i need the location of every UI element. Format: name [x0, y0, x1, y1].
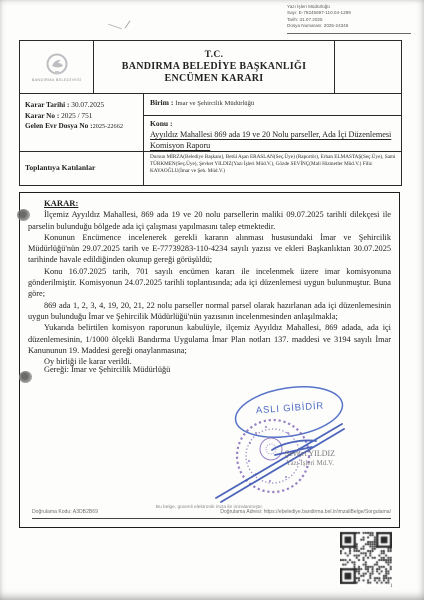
decision-body-box: KARAR: İlçemiz Ayyıldız Mahallesi, 869 a…	[19, 192, 400, 528]
scan-pencil-mark	[125, 21, 131, 29]
geregi-line: Gereği: İmar ve Şehircilik Müdürlüğü	[44, 365, 170, 374]
qr-code	[340, 531, 392, 586]
birim-cell: Birim : İmar ve Şehircilik Müdürlüğü	[144, 94, 401, 116]
verification-row: Doğrulama Kodu: A3DB2B69 Doğrulama Adres…	[32, 509, 391, 519]
decision-meta: Karar Tarihi : 30.07.2025 Karar No : 202…	[20, 94, 144, 151]
decision-paragraph: Konu 16.07.2025 tarih, 701 sayılı encüme…	[28, 266, 391, 300]
gelen-evrak-line: Gelen Evr Dosya No :2025-22662	[25, 121, 143, 133]
logo-caption: BANDIRMA BELEDİYESİ	[32, 78, 82, 83]
scanned-document-page: Yazı İşleri Müdürlüğü Sayı: E-78245697-1…	[0, 0, 424, 600]
decision-paragraph: 869 ada 1, 2, 3, 4, 19, 20, 21, 22 nolu …	[28, 300, 391, 323]
municipality-logo-icon	[45, 52, 69, 76]
title-institution: BANDIRMA BELEDİYE BAŞKANLIĞI	[122, 61, 307, 73]
decision-text: KARAR: İlçemiz Ayyıldız Mahallesi, 869 a…	[28, 198, 391, 367]
signatory-name: Şevket YILDIZ	[252, 449, 368, 459]
decision-heading: KARAR:	[44, 198, 391, 209]
verification-address: Doğrulama Adresi: https://ebelediye.band…	[220, 509, 391, 515]
header-empty-cell	[335, 41, 401, 93]
hole-punch-mark	[17, 209, 30, 221]
verification-code: Doğrulama Kodu: A3DB2B69	[32, 509, 98, 515]
title-tc: T.C.	[205, 50, 224, 61]
signatory-title: Yazı İşleri Md.V.	[252, 459, 368, 469]
title-doc-type: ENCÜMEN KARARI	[165, 73, 264, 85]
page-number: 1	[390, 583, 393, 589]
decision-paragraph: Konunun Encümence incelenerek gerekli ka…	[28, 232, 391, 266]
decision-paragraph: Yukarıda belirtilen komisyon raporunun k…	[28, 322, 391, 356]
konu-value: Ayyıldız Mahallesi 869 ada 19 ve 20 Nolu…	[150, 130, 395, 151]
registry-dosya: Dosya Numarası: 2025-24346	[287, 23, 411, 29]
konu-cell: Konu : Ayyıldız Mahallesi 869 ada 19 ve …	[144, 116, 401, 151]
asli-gibidir-stamp-text: ASLI GİBİDİR	[244, 400, 337, 417]
attendees-list: Dursun MİRZA(Belediye Başkanı), Betül Aş…	[144, 152, 401, 185]
scan-pencil-mark	[108, 24, 122, 29]
konu-label: Konu :	[150, 119, 395, 128]
decision-paragraph: İlçemiz Ayyıldız Mahallesi, 869 ada 19 v…	[28, 209, 391, 232]
karar-no-line: Karar No : 2025 / 751	[25, 111, 143, 122]
karar-tarihi-line: Karar Tarihi : 30.07.2025	[25, 100, 143, 111]
signatory-block: Şevket YILDIZ Yazı İşleri Md.V.	[252, 449, 368, 468]
attendees-label: Toplantıya Katılanlar	[20, 152, 144, 185]
document-header-table: BANDIRMA BELEDİYESİ T.C. BANDIRMA BELEDİ…	[19, 40, 402, 186]
document-title: T.C. BANDIRMA BELEDİYE BAŞKANLIĞI ENCÜME…	[94, 41, 335, 93]
hole-punch-mark	[19, 371, 32, 383]
municipality-logo: BANDIRMA BELEDİYESİ	[20, 41, 94, 93]
registry-note: Yazı İşleri Müdürlüğü Sayı: E-78245697-1…	[287, 4, 411, 34]
